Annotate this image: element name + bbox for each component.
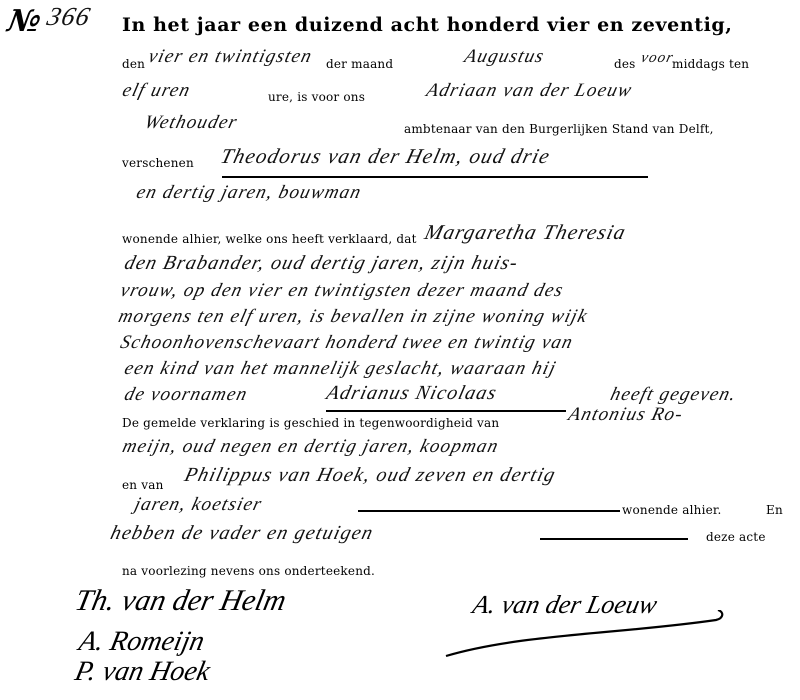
printed-en-van: en van [122, 478, 164, 492]
handwritten-day: vier en twintigsten [146, 46, 315, 68]
handwritten-birth-time-place: morgens ten elf uren, is bevallen in zij… [116, 306, 590, 328]
record-number-prefix: № [5, 4, 44, 39]
handwritten-birth-address: Schoonhovenschevaart honderd twee en twi… [118, 332, 576, 354]
printed-verschenen: verschenen [122, 156, 194, 170]
handwritten-child-given-names: Adrianus Nicolaas [324, 382, 500, 405]
printed-na-voorlezing: na voorlezing nevens ons onderteekend. [122, 564, 375, 578]
printed-en: En [766, 503, 783, 517]
signature-witness-1: A. Romeijn [76, 626, 207, 658]
fill-line-1 [358, 510, 620, 512]
record-heading: In het jaar een duizend acht honderd vie… [122, 14, 733, 36]
printed-ure-is-voor-ons: ure, is voor ons [268, 90, 365, 104]
printed-wonende-alhier-verklaard: wonende alhier, welke ons heeft verklaar… [122, 232, 417, 246]
child-name-underline [326, 410, 566, 412]
printed-des: des [614, 57, 636, 71]
handwritten-official-name: Adriaan van der Loeuw [424, 80, 635, 102]
printed-gemelde-verklaring: De gemelde verklaring is geschied in teg… [122, 416, 499, 430]
handwritten-witness-2-occupation: jaren, koetsier [132, 494, 265, 516]
signature-father: Th. van der Helm [72, 584, 289, 618]
handwritten-month: Augustus [462, 46, 547, 68]
handwritten-birth-date: vrouw, op den vier en twintigsten dezer … [118, 280, 566, 302]
birth-record-page: № 366 In het jaar een duizend acht honde… [0, 0, 800, 700]
handwritten-mother-name: Margaretha Theresia [422, 220, 629, 245]
handwritten-witness-1-age-occupation: meijn, oud negen en dertig jaren, koopma… [120, 436, 501, 458]
handwritten-de-voornamen: de voornamen [122, 384, 250, 406]
handwritten-witness-1-name: Antonius Ro- [566, 404, 686, 426]
printed-den: den [122, 57, 145, 71]
printed-middags-ten: middags ten [672, 57, 749, 71]
printed-ambtenaar: ambtenaar van den Burgerlijken Stand van… [404, 122, 714, 136]
handwritten-official-title: Wethouder [142, 112, 240, 134]
father-name-underline [222, 176, 648, 178]
handwritten-hour: elf uren [120, 80, 193, 102]
printed-der-maand: der maand [326, 57, 393, 71]
record-number: 366 [44, 2, 94, 32]
handwritten-witness-2-name-age: Philippus van Hoek, oud zeven en dertig [182, 464, 558, 487]
handwritten-child-sex: een kind van het mannelijk geslacht, waa… [122, 358, 559, 380]
handwritten-father-age-occupation: en dertig jaren, bouwman [134, 182, 364, 204]
handwritten-father-name: Theodorus van der Helm, oud drie [218, 144, 553, 169]
fill-line-2 [540, 538, 688, 540]
signature-witness-2: P. van Hoek [72, 656, 213, 688]
signature-flourish [440, 610, 730, 670]
handwritten-mother-surname-age: den Brabander, oud dertig jaren, zijn hu… [122, 252, 521, 275]
handwritten-voor: voor [639, 50, 676, 67]
handwritten-hebben-getuigen: hebben de vader en getuigen [108, 522, 376, 545]
handwritten-heeft-gegeven: heeft gegeven. [608, 384, 739, 406]
printed-deze-acte: deze acte [706, 530, 766, 544]
printed-wonende-alhier: wonende alhier. [622, 503, 722, 517]
